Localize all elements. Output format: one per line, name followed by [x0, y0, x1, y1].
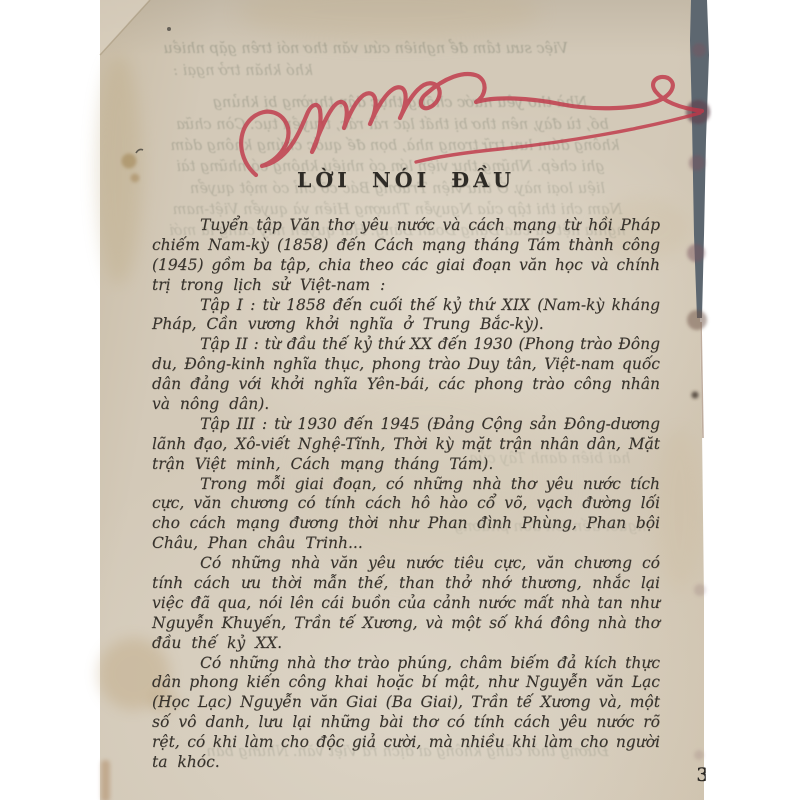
ghost-line: khó khăn trở ngại :	[168, 64, 318, 79]
body-line: dân đảng với khởi nghĩa Yên-bái, các pho…	[152, 375, 660, 395]
body-line: Tập III : từ 1930 đến 1945 (Đảng Cộng sả…	[152, 415, 660, 435]
body-line: Pháp, Cần vương khởi nghĩa ở Trung Bắc-k…	[152, 315, 660, 335]
page-number: 3	[690, 764, 716, 786]
body-line: Có những nhà văn yêu nước tiêu cực, văn …	[152, 554, 660, 574]
body-line: lãnh đạo, Xô-viết Nghệ-Tĩnh, Thời kỳ mặt…	[152, 435, 660, 455]
ghost-line: Nhà thơ yêu nước chống thực dân thường b…	[190, 96, 610, 111]
ghost-line: không dám lưu trữ trong nhà, bọn đế quốc…	[165, 139, 625, 154]
body-line: du, Đông-kinh nghĩa thục, phong trào Duy…	[152, 355, 660, 375]
body-line: chiếm Nam-kỳ (1858) đến Cách mạng tháng …	[152, 236, 660, 256]
stain-left-edge-wash	[96, 55, 142, 285]
body-line: Tuyển tập Văn thơ yêu nước và cách mạng …	[152, 216, 660, 236]
stain-bottom-streak	[101, 760, 110, 800]
photo-background-right	[700, 0, 800, 800]
ghost-line: bố, tù đày, nên thơ bị thất lạc rải rác,…	[165, 118, 620, 133]
body-line: tính cách ưu thời mẫn thế, than thở nhớ …	[152, 574, 660, 594]
body-line: Có những nhà thơ trào phúng, châm biếm đ…	[152, 654, 660, 674]
photo-of-book-page: Việc sưu tầm để nghiên cứu văn thơ nói t…	[0, 0, 800, 800]
body-line: trị trong lịch sử Việt-nam :	[152, 276, 660, 296]
body-line: số vô danh, lưu lại những bài thơ có tín…	[152, 713, 660, 733]
body-line: Trong mỗi giai đoạn, có những nhà thơ yê…	[152, 475, 660, 495]
body-line: dân phong kiến công khai hoặc bí mật, nh…	[152, 673, 660, 693]
body-line: trận Việt minh, Cách mạng tháng Tám).	[152, 455, 660, 475]
body-line: Tập I : từ 1858 đến cuối thế kỷ thứ XIX …	[152, 296, 660, 316]
body-line: (Học Lạc) Nguyễn văn Giai (Ba Giai), Trầ…	[152, 693, 660, 713]
body-line: việc đã qua, nói lên cái buồn của cảnh n…	[152, 594, 660, 614]
body-line: Nguyễn Khuyến, Trần tế Xương, và một số …	[152, 614, 660, 634]
body-text: Tuyển tập Văn thơ yêu nước và cách mạng …	[152, 216, 660, 773]
body-line: cho cách mạng đương thời như Phan đình P…	[152, 514, 660, 534]
body-line: rệt, có khi làm cho độc giả cười, mà nhi…	[152, 733, 660, 753]
page-title: LỜI NÓI ĐẦU	[152, 168, 660, 192]
ghost-line: Việc sưu tầm để nghiên cứu văn thơ nói t…	[168, 42, 568, 57]
stain-right-mid-wash	[655, 430, 703, 590]
stain-top-center-wash	[240, 0, 540, 42]
body-line: đầu thế kỷ XX.	[152, 634, 660, 654]
body-line: ta khóc.	[152, 753, 660, 773]
body-line: (1945) gồm ba tập, chia theo các giai đo…	[152, 256, 660, 276]
body-line: và nông dân).	[152, 395, 660, 415]
body-line: cực, văn chương có tính cách hô hào cổ v…	[152, 494, 660, 514]
body-line: Tập II : từ đầu thế kỷ thứ XX đến 1930 (…	[152, 335, 660, 355]
body-line: Châu, Phan châu Trinh...	[152, 534, 660, 554]
